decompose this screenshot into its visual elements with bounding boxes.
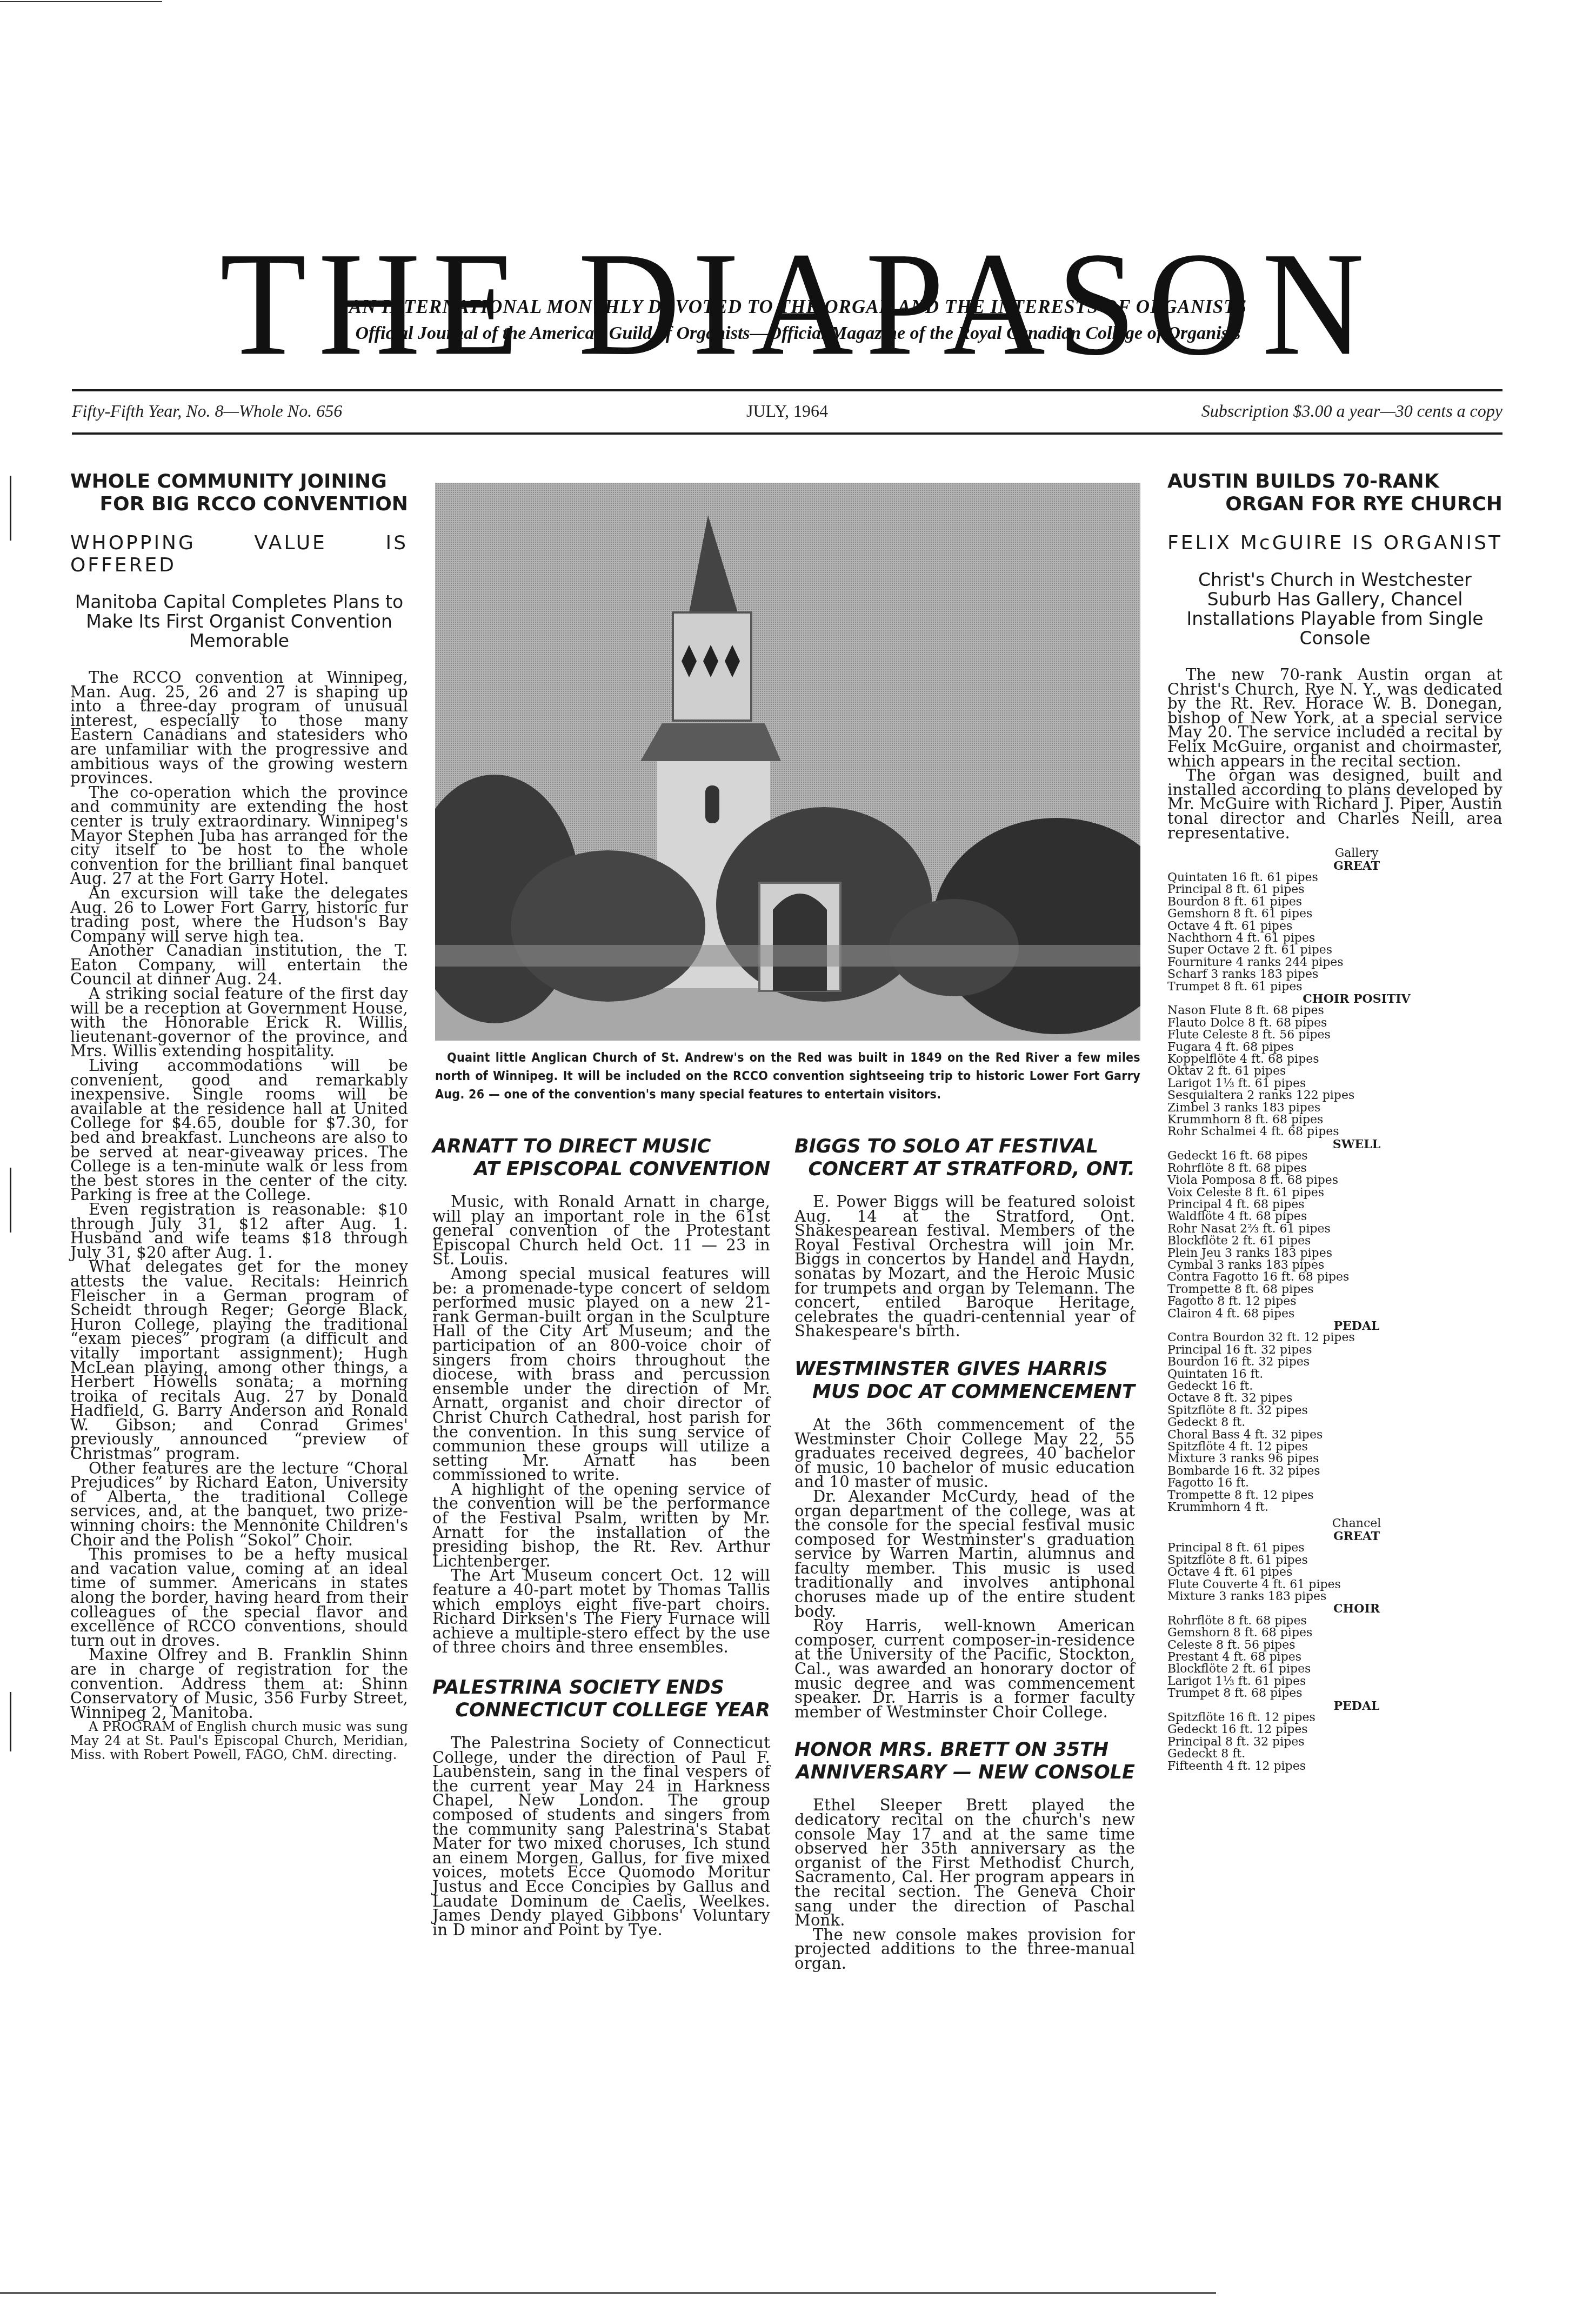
stoplist-stop: Octave 4 ft. 61 pipes: [1167, 921, 1502, 932]
subscription-price: Subscription $3.00 a year—30 cents a cop…: [1201, 401, 1502, 421]
stoplist-stop: Fifteenth 4 ft. 12 pipes: [1167, 1761, 1502, 1773]
stoplist-stop: Krummhorn 8 ft. 68 pipes: [1167, 1114, 1502, 1126]
westminster-body: At the 36th commencement of the Westmins…: [794, 1417, 1135, 1719]
stoplist-stop: Quintaten 16 ft. 61 pipes: [1167, 872, 1502, 884]
stoplist-stop: Scharf 3 ranks 183 pipes: [1167, 969, 1502, 981]
austin-article: AUSTIN BUILDS 70-RANK ORGAN FOR RYE CHUR…: [1167, 470, 1502, 1773]
stoplist-stop: Gedeckt 8 ft.: [1167, 1417, 1502, 1429]
stoplist-stop: Super Octave 2 ft. 61 pipes: [1167, 944, 1502, 956]
stoplist-division: PEDAL: [1167, 1320, 1502, 1332]
stoplist-stop: Fugara 4 ft. 68 pipes: [1167, 1042, 1502, 1054]
margin-mark: [10, 1168, 11, 1233]
margin-mark: [10, 476, 11, 541]
stoplist-stop: Waldflöte 4 ft. 68 pipes: [1167, 1211, 1502, 1223]
stoplist-stop: Mixture 3 ranks 183 pipes: [1167, 1591, 1502, 1603]
stoplist-stop: Flute Couverte 4 ft. 61 pipes: [1167, 1579, 1502, 1591]
organ-stoplist: GalleryGREATQuintaten 16 ft. 61 pipesPri…: [1167, 848, 1502, 1773]
masthead-tagline: AN INTERNATIONAL MONTHLY DEVOTED TO THE …: [0, 296, 1596, 318]
stoplist-stop: Trumpet 8 ft. 61 pipes: [1167, 981, 1502, 993]
dateline-bottom-rule: [72, 432, 1502, 435]
stoplist-stop: Spitzflöte 8 ft. 61 pipes: [1167, 1555, 1502, 1567]
stoplist-stop: Nachthorn 4 ft. 61 pipes: [1167, 932, 1502, 944]
stoplist-stop: Plein Jeu 3 ranks 183 pipes: [1167, 1248, 1502, 1260]
stoplist-stop: Larigot 1⅓ ft. 61 pipes: [1167, 1676, 1502, 1688]
stoplist-stop: Choral Bass 4 ft. 32 pipes: [1167, 1429, 1502, 1441]
stoplist-division: SWELL: [1167, 1138, 1502, 1150]
biggs-headline: BIGGS TO SOLO AT FESTIVAL CONCERT AT STR…: [794, 1135, 1135, 1181]
stoplist-stop: Octave 4 ft. 61 pipes: [1167, 1567, 1502, 1578]
rcco-body: The RCCO convention at Winnipeg, Man. Au…: [70, 670, 408, 1762]
westminster-headline: WESTMINSTER GIVES HARRIS MUS DOC AT COMM…: [794, 1358, 1135, 1403]
stoplist-stop: Bourdon 16 ft. 32 pipes: [1167, 1356, 1502, 1368]
stoplist-stop: Spitzflöte 16 ft. 12 pipes: [1167, 1712, 1502, 1724]
brett-headline: HONOR MRS. BRETT ON 35TH ANNIVERSARY — N…: [794, 1738, 1135, 1784]
stoplist-stop: Krummhorn 4 ft.: [1167, 1502, 1502, 1514]
stoplist-division: PEDAL: [1167, 1700, 1502, 1712]
stoplist-stop: Contra Fagotto 16 ft. 68 pipes: [1167, 1271, 1502, 1283]
stoplist-division: GREAT: [1167, 860, 1502, 872]
stoplist-stop: Flauto Dolce 8 ft. 68 pipes: [1167, 1017, 1502, 1029]
stoplist-stop: Gedeckt 16 ft. 68 pipes: [1167, 1150, 1502, 1162]
stoplist-stop: Gemshorn 8 ft. 68 pipes: [1167, 1627, 1502, 1639]
masthead-subtagline: Official Journal of the American Guild o…: [0, 323, 1596, 344]
stoplist-stop: Larigot 1⅓ ft. 61 pipes: [1167, 1078, 1502, 1090]
stoplist-stop: Trompette 8 ft. 68 pipes: [1167, 1284, 1502, 1296]
austin-subhead: FELIX McGUIRE IS ORGANIST: [1167, 532, 1502, 554]
austin-headline: AUSTIN BUILDS 70-RANK ORGAN FOR RYE CHUR…: [1167, 470, 1502, 516]
dateline: Fifty-Fifth Year, No. 8—Whole No. 656 JU…: [72, 401, 1502, 423]
stoplist-stop: Gedeckt 16 ft. 12 pipes: [1167, 1724, 1502, 1736]
stoplist-stop: Gedeckt 16 ft.: [1167, 1381, 1502, 1393]
rcco-article: WHOLE COMMUNITY JOINING FOR BIG RCCO CON…: [70, 470, 408, 1762]
stoplist-stop: Rohr Schalmei 4 ft. 68 pipes: [1167, 1126, 1502, 1138]
top-rule: [0, 1, 162, 2]
stoplist-stop: Quintaten 16 ft.: [1167, 1369, 1502, 1381]
stoplist-stop: Gemshorn 8 ft. 61 pipes: [1167, 908, 1502, 920]
stoplist-stop: Octave 8 ft. 32 pipes: [1167, 1393, 1502, 1404]
dateline-top-rule: [72, 389, 1502, 391]
church-illustration: [435, 483, 1140, 1041]
stoplist-stop: Zimbel 3 ranks 183 pipes: [1167, 1102, 1502, 1114]
stoplist-stop: Sesquialtera 2 ranks 122 pipes: [1167, 1090, 1502, 1102]
stoplist-stop: Oktav 2 ft. 61 pipes: [1167, 1065, 1502, 1077]
stoplist-stop: Trompette 8 ft. 12 pipes: [1167, 1490, 1502, 1502]
stoplist-section-label: Gallery: [1167, 848, 1502, 860]
stoplist-stop: Clairon 4 ft. 68 pipes: [1167, 1308, 1502, 1320]
stoplist-stop: Fagotto 8 ft. 12 pipes: [1167, 1296, 1502, 1308]
austin-deck: Christ's Church in Westchester Suburb Ha…: [1167, 570, 1502, 648]
arnatt-article: ARNATT TO DIRECT MUSIC AT EPISCOPAL CONV…: [432, 1135, 770, 1937]
stoplist-stop: Principal 4 ft. 68 pipes: [1167, 1199, 1502, 1211]
stoplist-stop: Prestant 4 ft. 68 pipes: [1167, 1651, 1502, 1663]
palestrina-body: The Palestrina Society of Connecticut Co…: [432, 1736, 770, 1937]
rcco-subhead: WHOPPING VALUE IS OFFERED: [70, 532, 408, 576]
rcco-headline: WHOLE COMMUNITY JOINING FOR BIG RCCO CON…: [70, 470, 408, 516]
stoplist-stop: Rohrflöte 8 ft. 68 pipes: [1167, 1163, 1502, 1175]
stoplist-stop: Rohr Nasat 2⅔ ft. 61 pipes: [1167, 1223, 1502, 1235]
stoplist-stop: Nason Flute 8 ft. 68 pipes: [1167, 1005, 1502, 1017]
stoplist-section-label: Chancel: [1167, 1518, 1502, 1530]
stoplist-stop: Spitzflöte 8 ft. 32 pipes: [1167, 1405, 1502, 1417]
photo-caption: Quaint little Anglican Church of St. And…: [435, 1049, 1140, 1104]
stoplist-stop: Trumpet 8 ft. 68 pipes: [1167, 1688, 1502, 1700]
stoplist-stop: Principal 16 ft. 32 pipes: [1167, 1344, 1502, 1356]
stoplist-stop: Koppelflöte 4 ft. 68 pipes: [1167, 1054, 1502, 1065]
stoplist-stop: Cymbal 3 ranks 183 pipes: [1167, 1260, 1502, 1271]
stoplist-division: GREAT: [1167, 1530, 1502, 1542]
stoplist-stop: Rohrflöte 8 ft. 68 pipes: [1167, 1615, 1502, 1627]
stoplist-division: CHOIR: [1167, 1603, 1502, 1615]
stoplist-stop: Principal 8 ft. 32 pipes: [1167, 1736, 1502, 1748]
stoplist-stop: Mixture 3 ranks 96 pipes: [1167, 1453, 1502, 1465]
stoplist-stop: Fagotto 16 ft.: [1167, 1477, 1502, 1489]
stoplist-stop: Spitzflöte 4 ft. 12 pipes: [1167, 1441, 1502, 1453]
stoplist-stop: Bourdon 8 ft. 61 pipes: [1167, 896, 1502, 908]
stoplist-stop: Principal 8 ft. 61 pipes: [1167, 884, 1502, 896]
stoplist-stop: Bombarde 16 ft. 32 pipes: [1167, 1465, 1502, 1477]
stoplist-stop: Flute Celeste 8 ft. 56 pipes: [1167, 1029, 1502, 1041]
stoplist-stop: Blockflöte 2 ft. 61 pipes: [1167, 1235, 1502, 1247]
rcco-deck: Manitoba Capital Completes Plans to Make…: [70, 592, 408, 651]
stoplist-stop: Contra Bourdon 32 ft. 12 pipes: [1167, 1332, 1502, 1344]
palestrina-headline: PALESTRINA SOCIETY ENDS CONNECTICUT COLL…: [432, 1676, 770, 1722]
stoplist-division: CHOIR POSITIV: [1167, 993, 1502, 1005]
stoplist-stop: Gedeckt 8 ft.: [1167, 1748, 1502, 1760]
stoplist-stop: Viola Pomposa 8 ft. 68 pipes: [1167, 1175, 1502, 1187]
program-note: A PROGRAM of English church music was su…: [70, 1720, 408, 1762]
margin-mark: [10, 1692, 11, 1751]
stoplist-stop: Principal 8 ft. 61 pipes: [1167, 1542, 1502, 1554]
bottom-rule: [0, 2292, 1216, 2294]
stoplist-stop: Celeste 8 ft. 56 pipes: [1167, 1640, 1502, 1651]
biggs-article: BIGGS TO SOLO AT FESTIVAL CONCERT AT STR…: [794, 1135, 1135, 1971]
stoplist-stop: Blockflöte 2 ft. 61 pipes: [1167, 1663, 1502, 1675]
church-photo: [435, 483, 1140, 1041]
arnatt-headline: ARNATT TO DIRECT MUSIC AT EPISCOPAL CONV…: [432, 1135, 770, 1181]
stoplist-stop: Voix Celeste 8 ft. 61 pipes: [1167, 1187, 1502, 1199]
brett-body: Ethel Sleeper Brett played the dedicator…: [794, 1798, 1135, 1970]
stoplist-stop: Fourniture 4 ranks 244 pipes: [1167, 957, 1502, 969]
